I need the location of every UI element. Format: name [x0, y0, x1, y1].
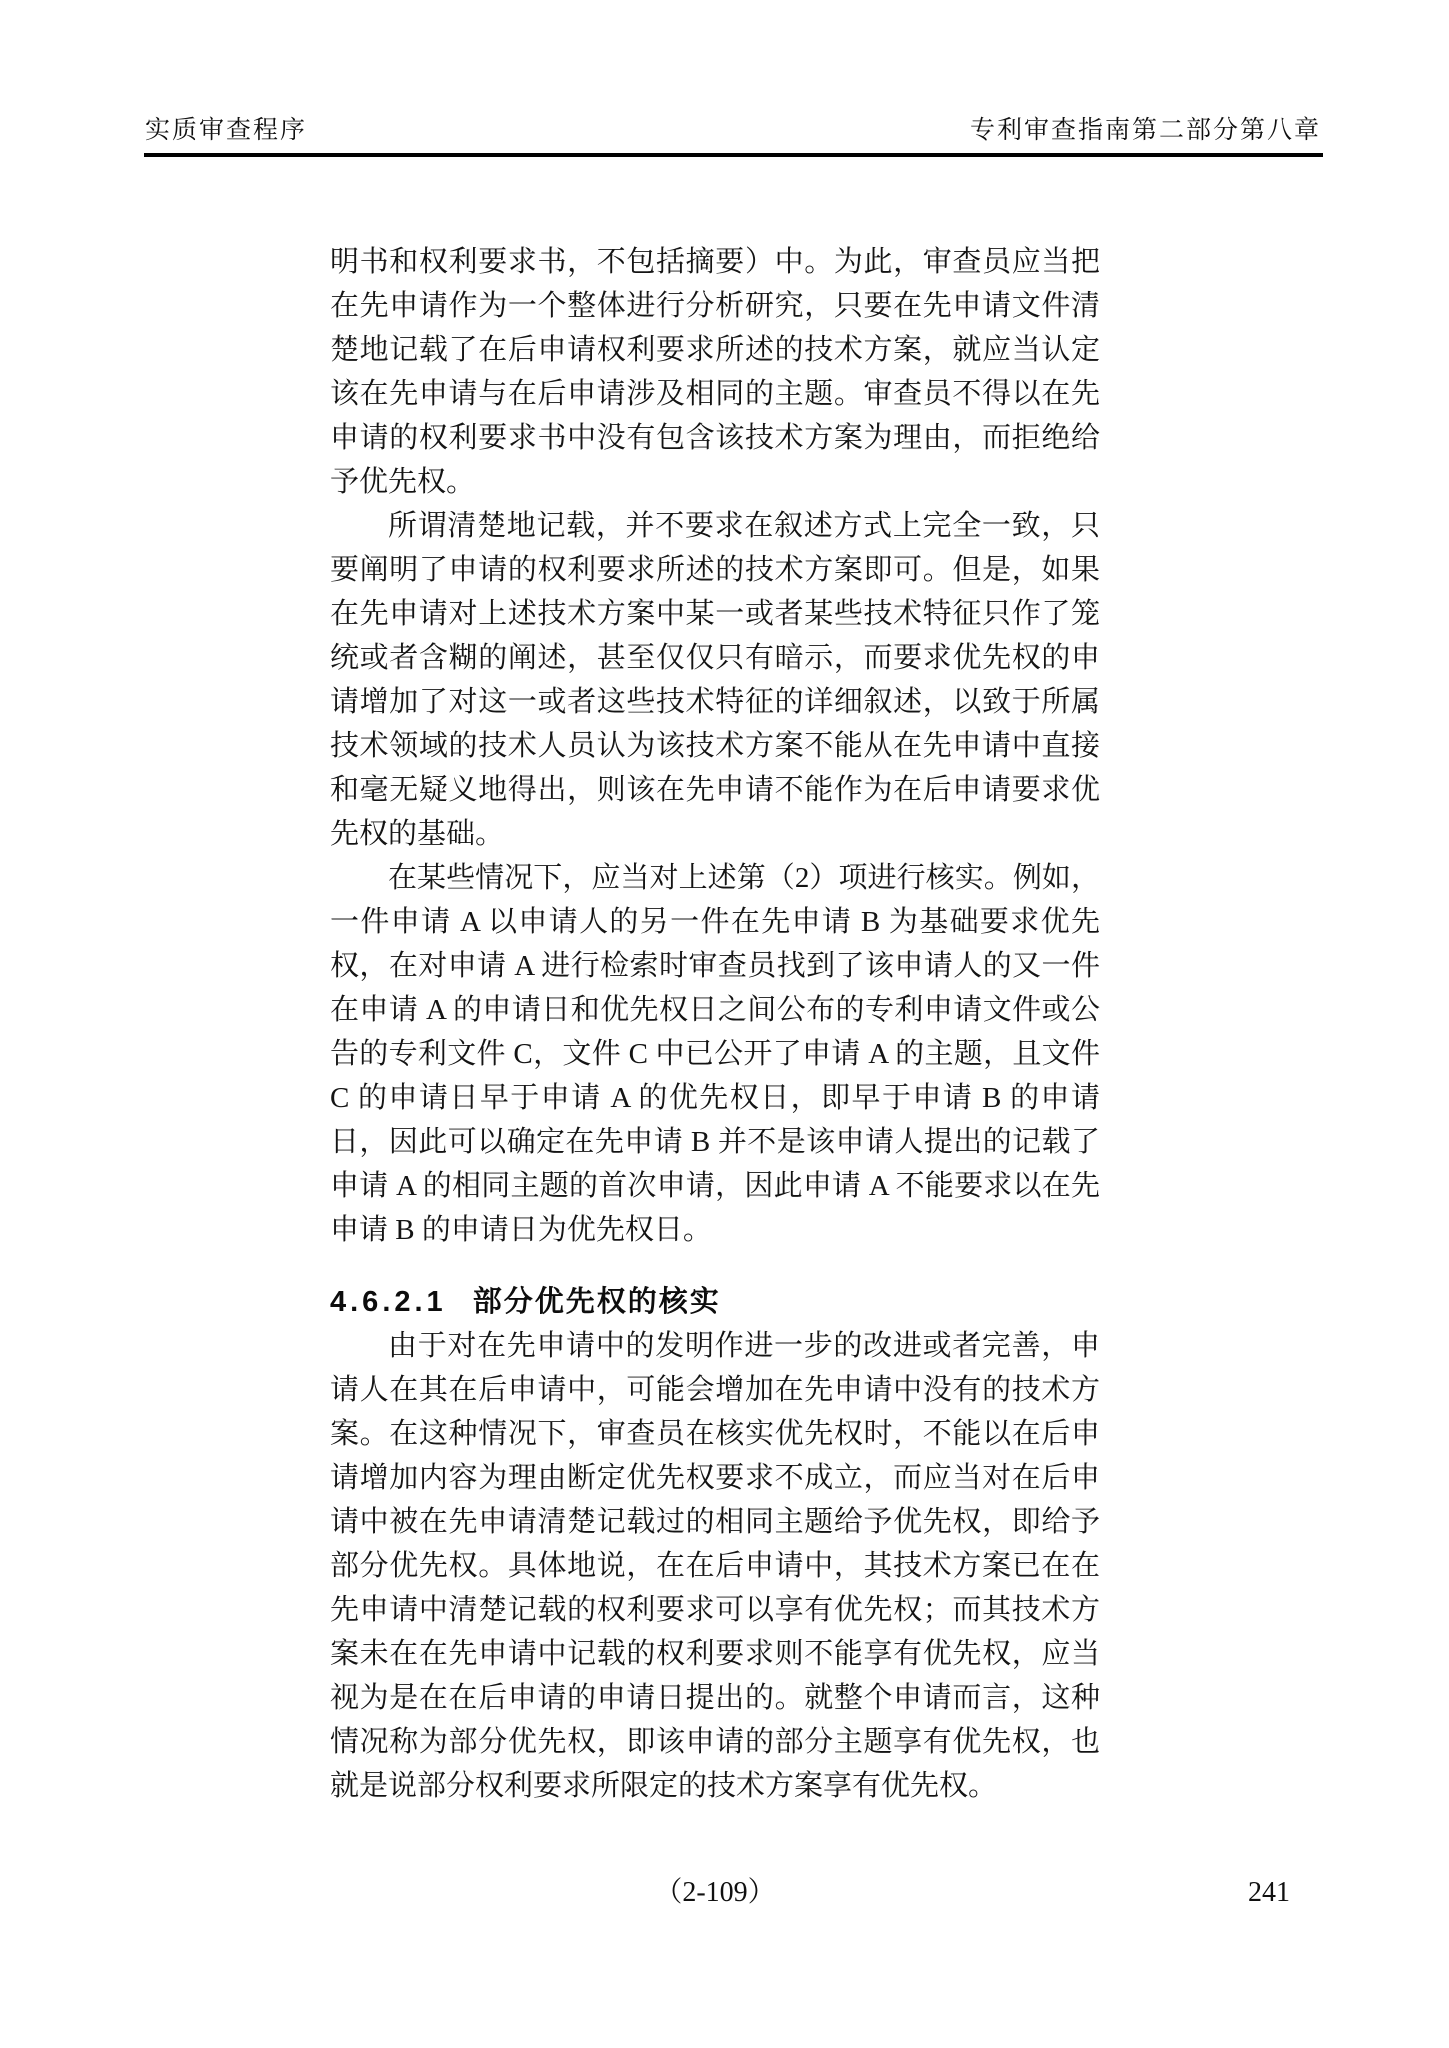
paragraph-partial-priority: 由于对在先申请中的发明作进一步的改进或者完善，申请人在其在后申请中，可能会增加在… — [330, 1324, 1100, 1808]
section-number: 4.6.2.1 — [330, 1286, 447, 1318]
header-rule — [144, 153, 1323, 157]
paragraph-clear-recording: 所谓清楚地记载，并不要求在叙述方式上完全一致，只要阐明了申请的权利要求所述的技术… — [330, 504, 1100, 856]
paragraph-example-abc: 在某些情况下，应当对上述第（2）项进行核实。例如，一件申请 A 以申请人的另一件… — [330, 856, 1100, 1252]
section-title: 部分优先权的核实 — [473, 1286, 721, 1318]
footer-section-locator: （2-109） — [330, 1876, 1100, 1910]
running-header: 实质审查程序 专利审查指南第二部分第八章 — [145, 116, 1321, 146]
paragraph-continuation: 明书和权利要求书，不包括摘要）中。为此，审查员应当把在先申请作为一个整体进行分析… — [330, 240, 1100, 504]
section-heading: 4.6.2.1部分优先权的核实 — [330, 1280, 1100, 1324]
document-page: 实质审查程序 专利审查指南第二部分第八章 明书和权利要求书，不包括摘要）中。为此… — [0, 0, 1449, 2048]
page-body: 明书和权利要求书，不包括摘要）中。为此，审查员应当把在先申请作为一个整体进行分析… — [330, 240, 1100, 1808]
page-number: 241 — [1248, 1876, 1290, 1910]
header-right-title: 专利审查指南第二部分第八章 — [970, 116, 1321, 146]
header-left-title: 实质审查程序 — [145, 116, 307, 146]
